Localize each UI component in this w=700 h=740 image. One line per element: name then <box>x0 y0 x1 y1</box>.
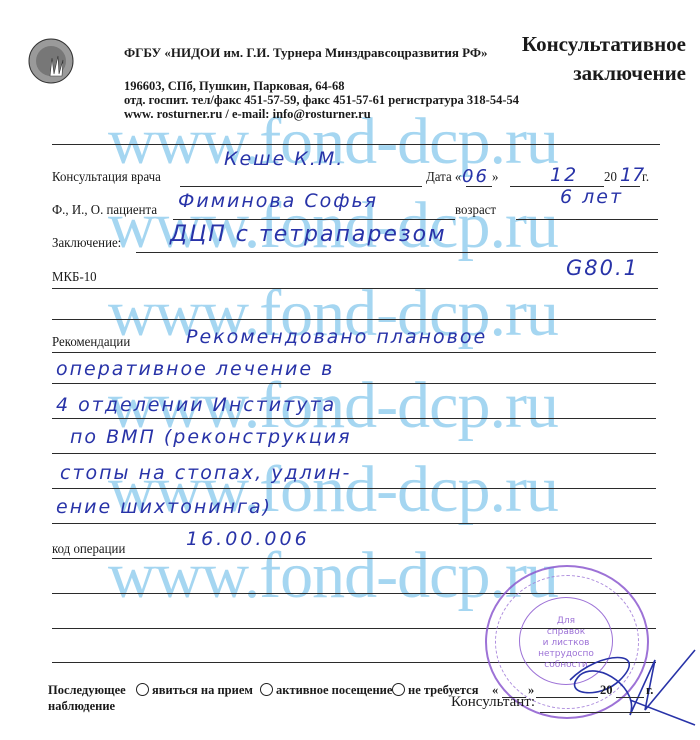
followup-year-end: г. <box>646 683 653 698</box>
consult-underline <box>180 186 422 187</box>
date-year-value[interactable]: 17 <box>620 164 644 186</box>
consultant-signature-line[interactable] <box>540 712 650 713</box>
followup-label: Последующее <box>48 683 126 698</box>
option-appointment[interactable]: явиться на прием <box>136 683 253 698</box>
document-title: Консультативное заключение <box>522 30 686 88</box>
date-year-prefix: 20 <box>604 170 617 186</box>
icd-label: МКБ-10 <box>52 270 97 286</box>
radio-not-required[interactable] <box>392 683 405 696</box>
recommendations-label: Рекомендации <box>52 335 130 351</box>
age-underline <box>516 219 658 220</box>
recommendations-line-6[interactable]: ение шихтонинга) <box>56 496 272 518</box>
recommendations-line <box>52 453 656 454</box>
document-title-line2: заключение <box>522 59 686 88</box>
followup-year-underline[interactable] <box>616 697 644 698</box>
followup-label-line2: наблюдение <box>48 699 115 714</box>
followup-year-prefix: 20 <box>600 683 613 698</box>
address: 196603, СПб, Пушкин, Парковая, 64-68 <box>124 79 344 93</box>
divider <box>52 144 660 145</box>
operation-code-label: код операции <box>52 542 125 558</box>
institute-logo-icon <box>28 38 74 84</box>
radio-appointment[interactable] <box>136 683 149 696</box>
watermark: www.fond-dcp.ru <box>108 538 558 614</box>
website-email: www. rosturner.ru / e-mail: info@rosturn… <box>124 107 371 121</box>
recommendations-line <box>52 418 656 419</box>
operation-code-value[interactable]: 16.00.006 <box>186 528 310 550</box>
patient-label: Ф., И., О. пациента <box>52 203 157 219</box>
date-month-value[interactable]: 12 <box>550 164 578 186</box>
option-active-visit[interactable]: активное посещение <box>260 683 392 698</box>
consult-doctor-value[interactable]: Кеше К.М. <box>224 148 344 170</box>
date-close-quote: » <box>492 170 498 186</box>
document-title-line1: Консультативное <box>522 30 686 59</box>
operation-code-underline <box>52 558 652 559</box>
recommendations-line <box>52 523 656 524</box>
conclusion-label: Заключение: <box>52 236 121 252</box>
consultant-label: Консультант: <box>451 694 535 711</box>
date-day-value[interactable]: 06 <box>462 166 489 187</box>
date-year-end: г. <box>642 170 649 186</box>
phones: отд. госпит. тел/факс 451-57-59, факс 45… <box>124 93 519 107</box>
age-label: возраст <box>455 203 496 219</box>
recommendations-line <box>52 383 656 384</box>
age-value[interactable]: 6 лет <box>560 186 623 208</box>
recommendations-line-1[interactable]: Рекомендовано плановое <box>186 326 487 348</box>
conclusion-underline <box>136 252 658 253</box>
signature-icon <box>560 640 700 730</box>
recommendations-line-2[interactable]: оперативное лечение в <box>56 358 334 380</box>
followup-month-underline[interactable] <box>536 697 598 698</box>
conclusion-value[interactable]: ДЦП с тетрапарезом <box>170 222 447 247</box>
blank-line <box>52 319 656 320</box>
radio-active-visit[interactable] <box>260 683 273 696</box>
icd-underline <box>52 288 658 289</box>
date-label: Дата « <box>426 170 461 186</box>
consult-label: Консультация врача <box>52 170 161 186</box>
recommendations-line <box>52 352 656 353</box>
patient-underline <box>173 219 455 220</box>
organization-name: ФГБУ «НИДОИ им. Г.И. Турнера Минздравсоц… <box>124 45 488 61</box>
recommendations-line-5[interactable]: стопы на стопах, удлин- <box>60 462 351 484</box>
recommendations-line-3[interactable]: 4 отделении Института <box>56 394 336 416</box>
icd-value[interactable]: G80.1 <box>566 256 639 280</box>
followup-label-line1: Последующее <box>48 683 126 697</box>
recommendations-line <box>52 488 656 489</box>
patient-name-value[interactable]: Фиминова Софья <box>178 190 378 212</box>
recommendations-line-4[interactable]: по ВМП (реконструкция <box>70 426 352 448</box>
